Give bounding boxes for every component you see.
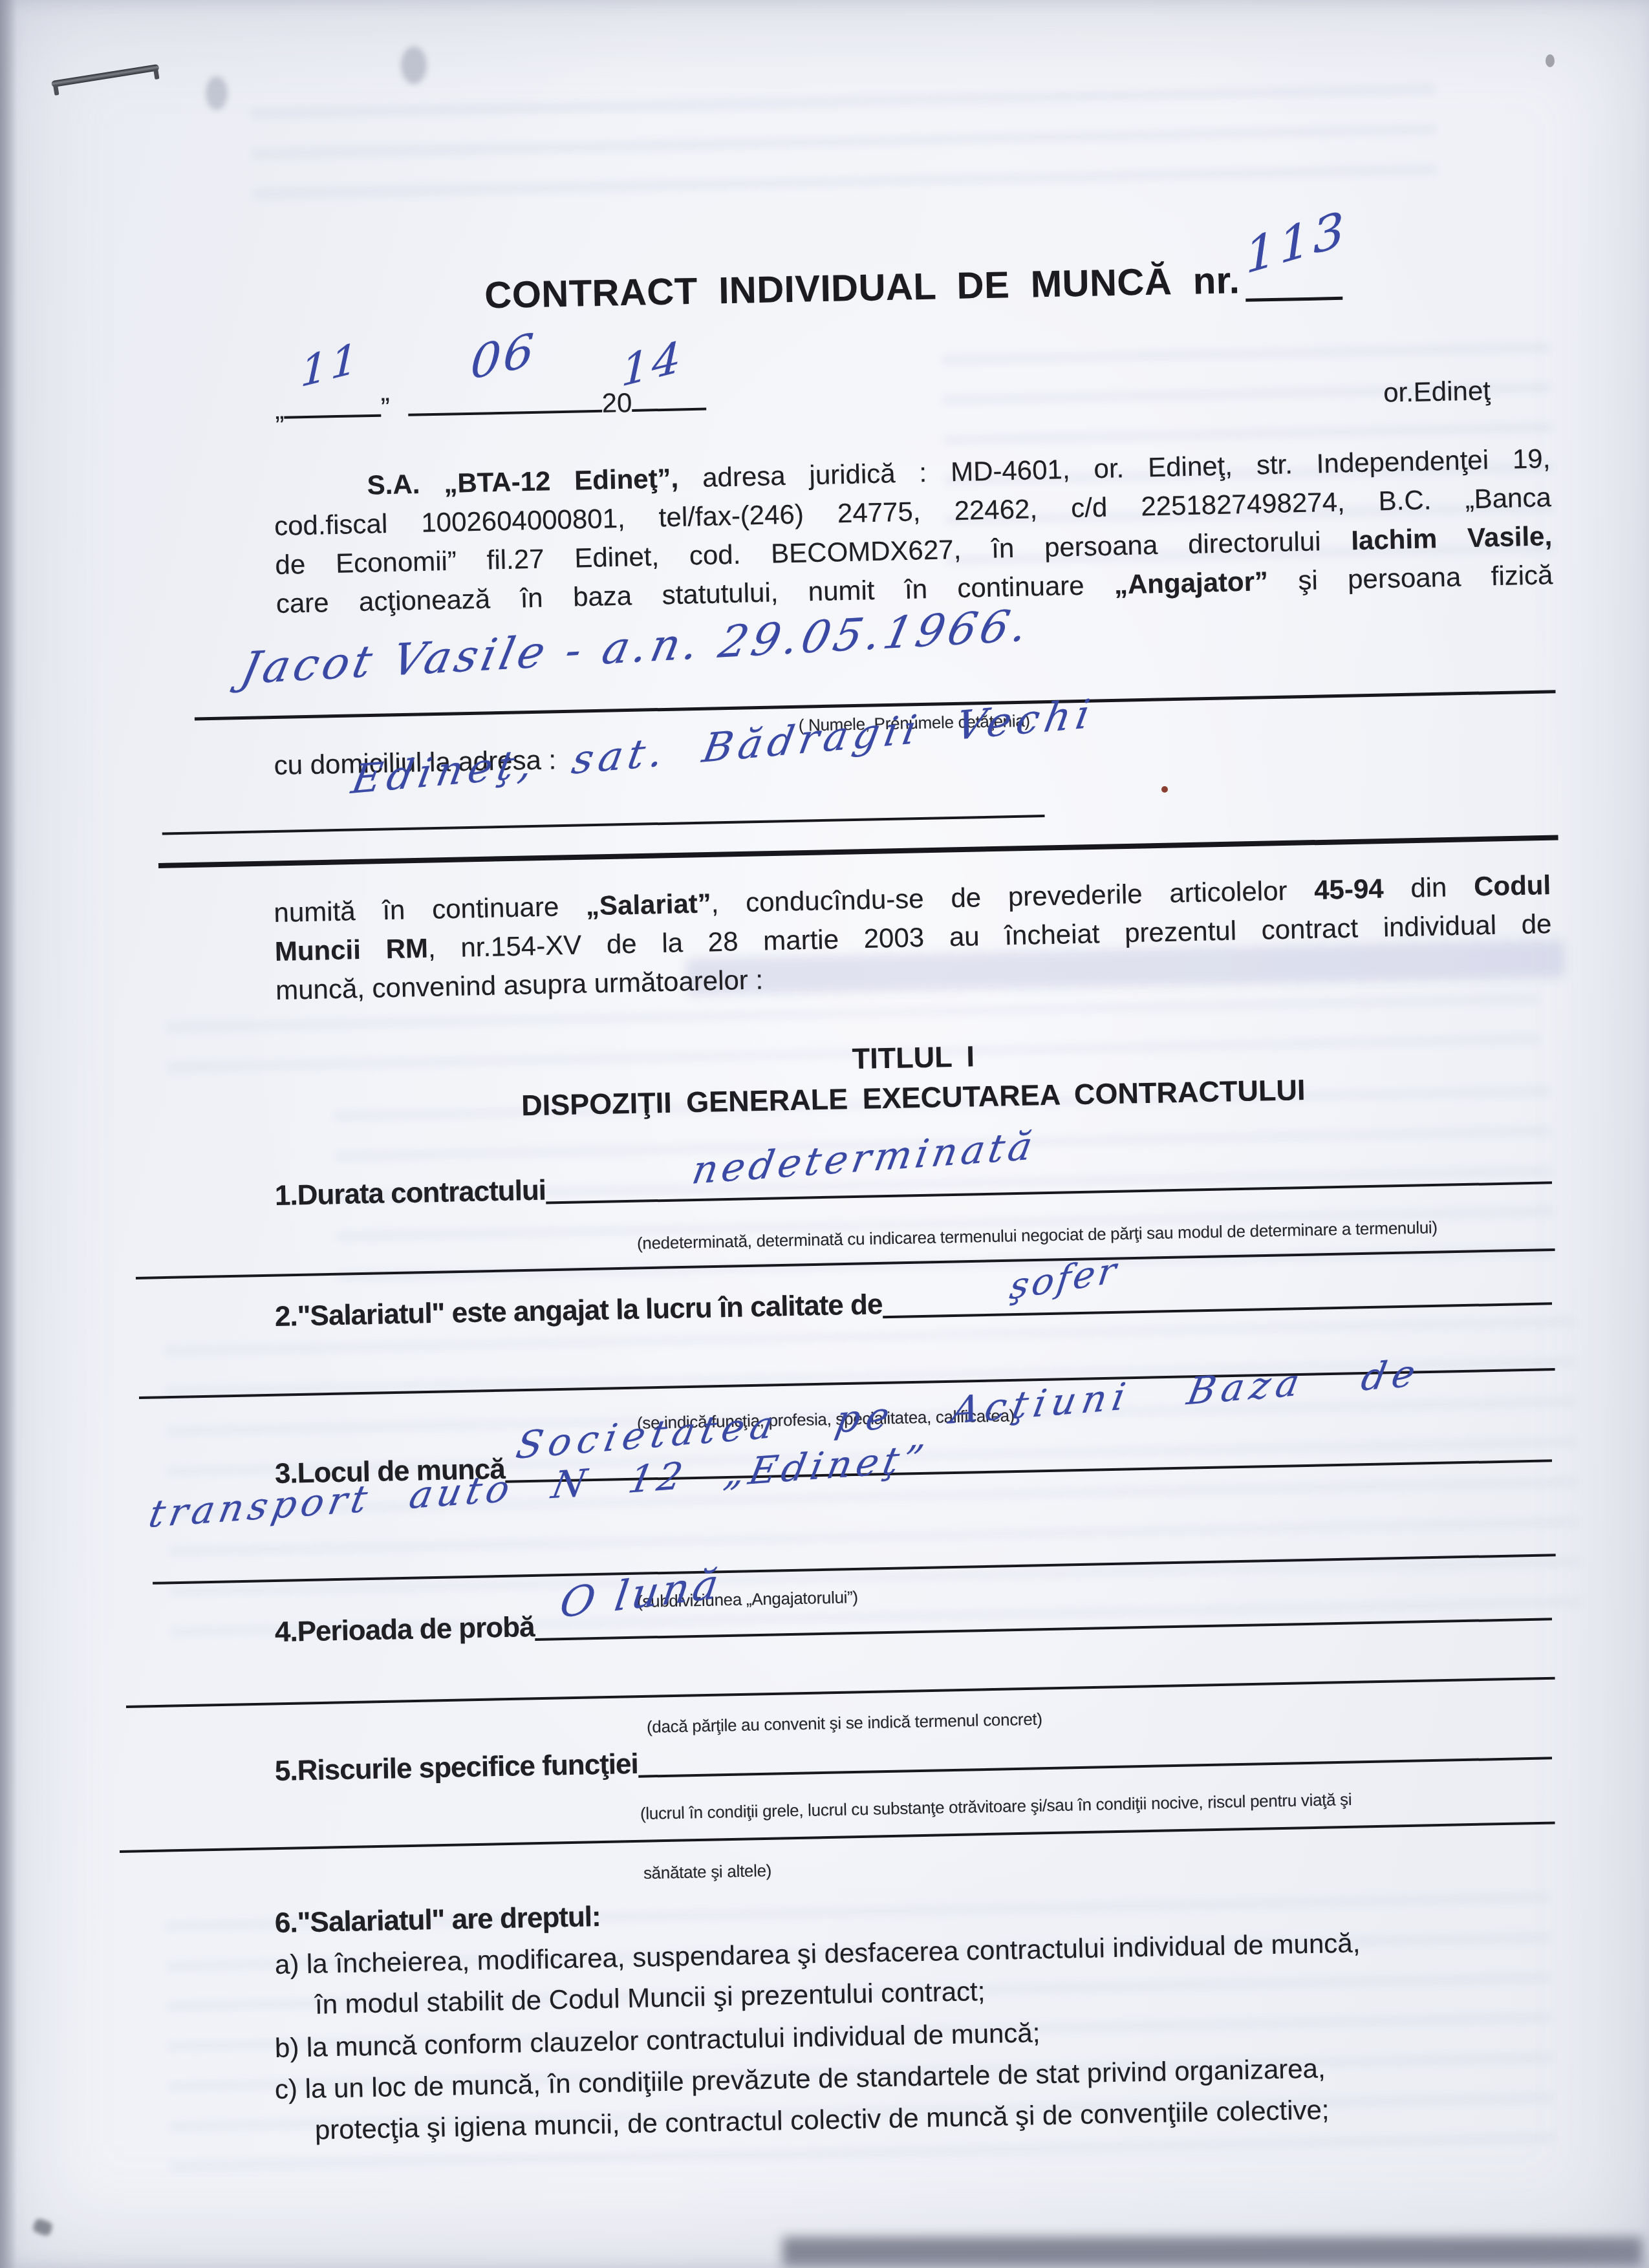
item5-extra-line [120, 1821, 1555, 1853]
item1-caption: (nedeterminată, determinată cu indicarea… [637, 1217, 1438, 1254]
smudge-mark [32, 2218, 54, 2237]
staple-mark [51, 64, 161, 98]
domicile-underline [162, 815, 1045, 835]
smudge-mark [206, 76, 228, 110]
scanned-contract-page: CONTRACT INDIVIDUAL DE MUNCĂ nr. 113 „11… [0, 0, 1649, 2268]
item1-extra-line [136, 1248, 1555, 1279]
item4-caption: (dacă părţile au convenit şi se indică t… [647, 1709, 1042, 1737]
date-day-handwriting: 11 [300, 334, 361, 397]
smudge-mark [1546, 54, 1555, 67]
contract-number-blank: 113 [1245, 268, 1342, 302]
item1-handwriting: nedeterminată [689, 1124, 1040, 1193]
date-month-blank: 06 [407, 381, 602, 416]
item2-label: 2."Salariatul" este angajat la lucru în … [274, 1289, 882, 1333]
date-open-quote: „ [275, 394, 285, 425]
item4-underline [535, 1611, 1552, 1641]
date-day-blank: 11 [283, 386, 381, 419]
red-dot-mark [1161, 786, 1168, 793]
salariat-term: „Salariat” [585, 888, 711, 921]
salariat-paragraph: numită în continuare „Salariat”, conducî… [274, 870, 1553, 1014]
item4-extra-line [126, 1677, 1555, 1708]
smudge-mark [401, 47, 427, 84]
angajator-term: „Angajator” [1114, 566, 1268, 599]
item1-row: 1.Durata contractului nedeterminată [274, 1154, 1552, 1212]
item1-label: 1.Durata contractului [274, 1175, 546, 1212]
intro-paragraph: S.A. „BTA-12 Edineţ”, adresa juridică : … [273, 443, 1553, 627]
item5-caption-line2: sănătate şi altele) [643, 1861, 772, 1883]
bleedthrough-ghost [252, 85, 1437, 206]
domicile-block: cu domiciliul la adresa : Edineţ, sat. B… [274, 724, 1553, 866]
place-label: or.Edineţ [1383, 375, 1491, 408]
page-title: CONTRACT INDIVIDUAL DE MUNCĂ nr. [484, 259, 1240, 317]
contract-number-handwriting: 113 [1243, 200, 1348, 284]
item5-caption-line1: (lucrul în condiţii grele, lucrul cu sub… [640, 1790, 1352, 1824]
title-row: CONTRACT INDIVIDUAL DE MUNCĂ nr. 113 [274, 252, 1552, 321]
item3-row2: transport auto N 12 „Edineţ” [274, 1484, 1553, 1584]
scan-bottom-shadow [782, 2237, 1643, 2267]
contract-body: CONTRACT INDIVIDUAL DE MUNCĂ nr. 113 „11… [275, 278, 1552, 2192]
item5-row: 5.Riscurile specifice funcţiei [274, 1729, 1552, 1788]
scanner-edge-shadow [0, 0, 17, 2268]
date-close-quote: ” [381, 392, 391, 422]
item2-row: 2."Salariatul" este angajat la lucru în … [274, 1275, 1552, 1333]
date-year-blank: 14 [632, 380, 707, 412]
item2-underline [882, 1296, 1552, 1318]
item2-handwriting: şofer [1008, 1250, 1121, 1309]
item5-label: 5.Riscurile specifice funcţiei [274, 1748, 638, 1788]
item4-row: 4.Perioada de probă O lună [274, 1590, 1552, 1649]
date-row: „11” 062014 or.Edineţ [274, 362, 1552, 425]
item4-label: 4.Perioada de probă [274, 1611, 535, 1649]
director-name: Iachim Vasile, [1351, 520, 1553, 555]
employer-name: S.A. „BTA-12 Edineţ”, [367, 463, 679, 500]
date-month-handwriting: 06 [469, 323, 537, 390]
item3-handwriting-line1: Societatea pe Acţiuni Baza de [513, 1351, 1425, 1467]
date-year-handwriting: 14 [621, 332, 684, 397]
item3-underline-2 [153, 1554, 1556, 1585]
item5-underline [638, 1750, 1552, 1777]
